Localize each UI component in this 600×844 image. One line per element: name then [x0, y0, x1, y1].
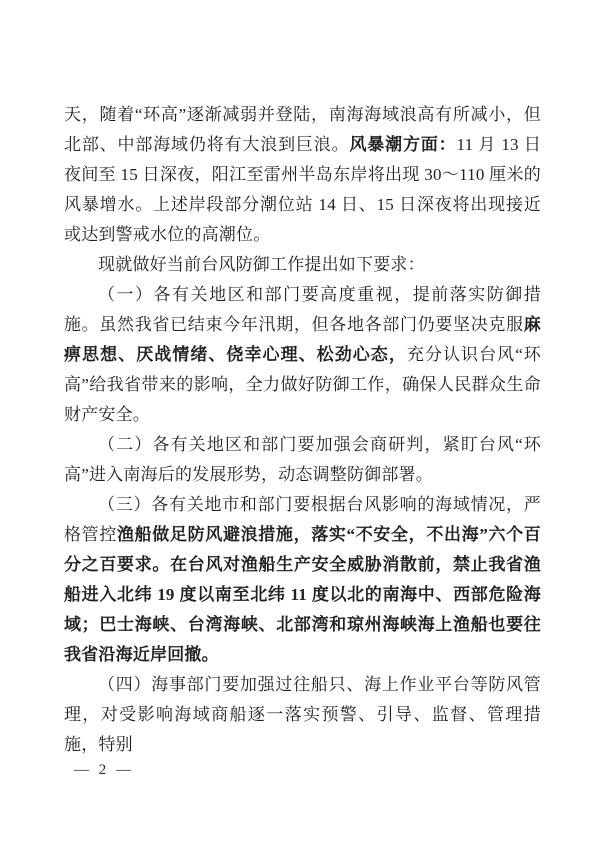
paragraph: （四）海事部门要加强过往船只、海上作业平台等防风管理，对受影响海域商船逐一落实预…	[64, 670, 541, 760]
paragraph: （二）各有关地区和部门要加强会商研判，紧盯台风“环高”进入南海后的发展形势，动态…	[64, 430, 541, 490]
paragraph: 现就做好当前台风防御工作提出如下要求：	[64, 250, 541, 280]
text-run: 现就做好当前台风防御工作提出如下要求：	[98, 255, 425, 274]
paragraph: 天，随着“环高”逐渐减弱并登陆，南海海域浪高有所减小，但北部、中部海域仍将有大浪…	[64, 100, 541, 250]
page-number: — 2 —	[74, 762, 134, 779]
paragraph: （一）各有关地区和部门要高度重视，提前落实防御措施。虽然我省已结束今年汛期，但各…	[64, 280, 541, 430]
text-run: （一）各有关地区和部门要高度重视，提前落实防御措施。虽然我省已结束今年汛期，但各…	[64, 285, 541, 334]
text-run: （四）海事部门要加强过往船只、海上作业平台等防风管理，对受影响海域商船逐一落实预…	[64, 675, 541, 754]
document-body: 天，随着“环高”逐渐减弱并登陆，南海海域浪高有所减小，但北部、中部海域仍将有大浪…	[64, 100, 541, 760]
bold-text-run: 渔船做足防风避浪措施，落实“不安全，不出海”六个百分之百要求。在台风对渔船生产安…	[64, 525, 541, 664]
paragraph: （三）各有关地市和部门要根据台风影响的海域情况，严格管控渔船做足防风避浪措施，落…	[64, 490, 541, 670]
text-run: （二）各有关地区和部门要加强会商研判，紧盯台风“环高”进入南海后的发展形势，动态…	[64, 435, 541, 484]
bold-text-run: 风暴潮方面：	[349, 135, 456, 154]
document-page: 天，随着“环高”逐渐减弱并登陆，南海海域浪高有所减小，但北部、中部海域仍将有大浪…	[0, 0, 600, 844]
